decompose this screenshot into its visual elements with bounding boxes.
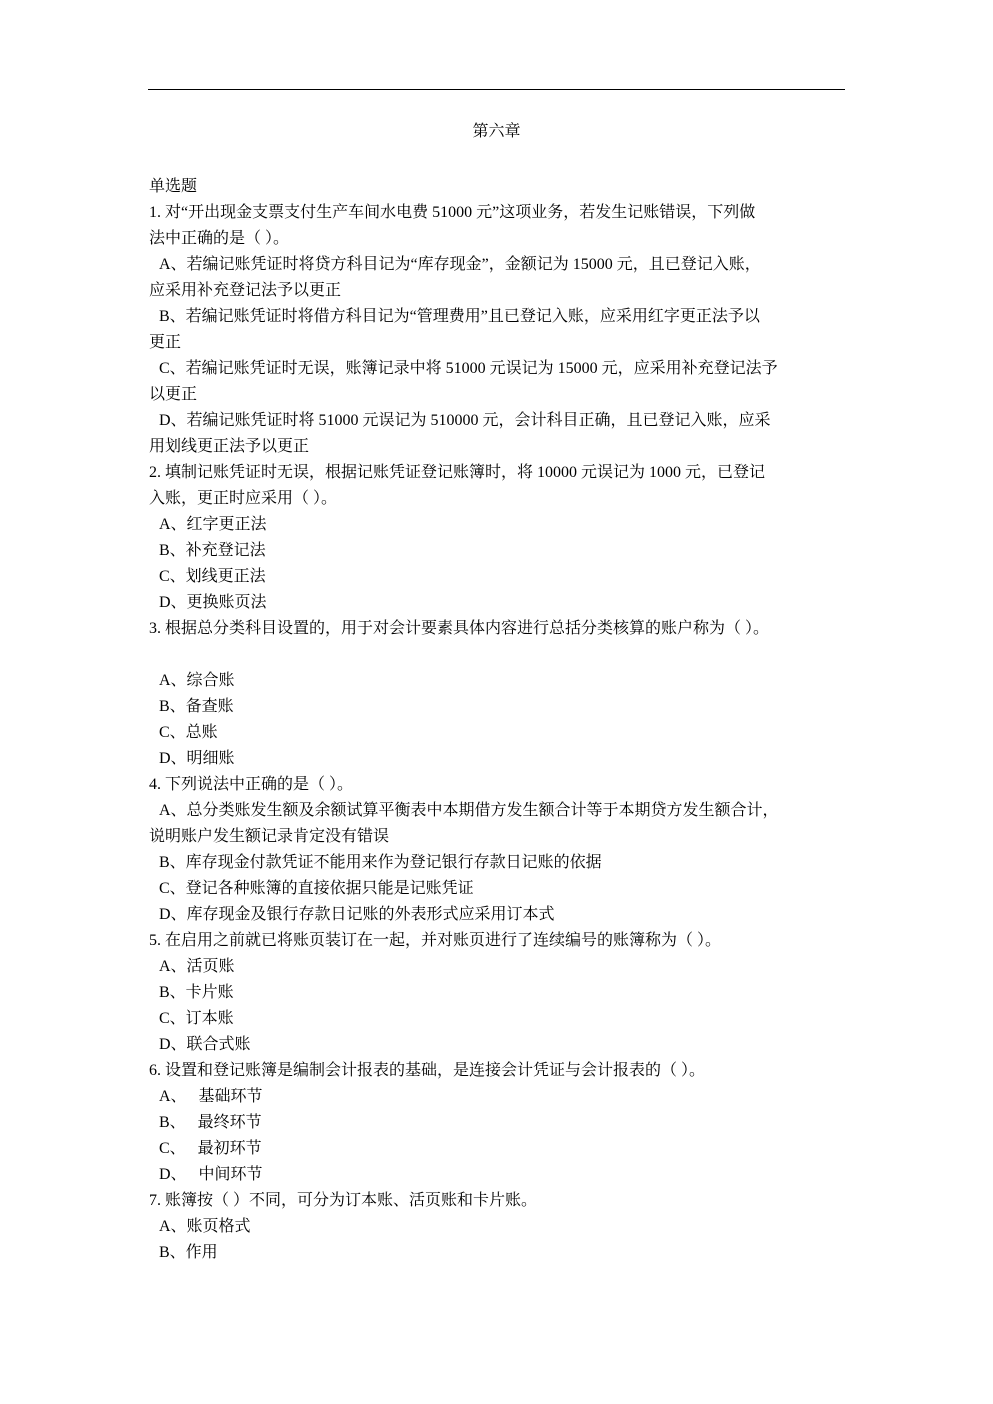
option-b: B、备查账	[149, 694, 849, 720]
option-a: A、综合账	[149, 668, 849, 694]
question-text: 2. 填制记账凭证时无误，根据记账凭证登记账簿时，将 10000 元误记为 10…	[149, 460, 849, 486]
option-c: C、 最初环节	[149, 1136, 849, 1162]
option-b: B、卡片账	[149, 980, 849, 1006]
option-b: B、 最终环节	[149, 1110, 849, 1136]
option-b-cont: 更正	[149, 330, 849, 356]
question-2: 2. 填制记账凭证时无误，根据记账凭证登记账簿时，将 10000 元误记为 10…	[149, 460, 849, 616]
question-6: 6. 设置和登记账簿是编制会计报表的基础，是连接会计凭证与会计报表的（ ）。 A…	[149, 1058, 849, 1188]
option-a: A、账页格式	[149, 1214, 849, 1240]
option-a: A、总分类账发生额及余额试算平衡表中本期借方发生额合计等于本期贷方发生额合计，	[149, 798, 849, 824]
question-text: 5. 在启用之前就已将账页装订在一起，并对账页进行了连续编号的账簿称为（ ）。	[149, 928, 849, 954]
header-rule	[148, 89, 845, 90]
option-c: C、总账	[149, 720, 849, 746]
question-7: 7. 账簿按（ ）不同，可分为订本账、活页账和卡片账。 A、账页格式 B、作用	[149, 1188, 849, 1266]
option-a: A、活页账	[149, 954, 849, 980]
option-d: D、明细账	[149, 746, 849, 772]
question-text: 4. 下列说法中正确的是（ ）。	[149, 772, 849, 798]
document-body: 单选题 1. 对“开出现金支票支付生产车间水电费 51000 元”这项业务，若发…	[149, 174, 849, 1266]
question-3: 3. 根据总分类科目设置的，用于对会计要素具体内容进行总括分类核算的账户称为（ …	[149, 616, 849, 772]
option-d: D、联合式账	[149, 1032, 849, 1058]
option-c: C、划线更正法	[149, 564, 849, 590]
option-c: C、若编记账凭证时无误，账簿记录中将 51000 元误记为 15000 元，应采…	[149, 356, 849, 382]
question-text: 入账，更正时应采用（ ）。	[149, 486, 849, 512]
blank-line	[149, 642, 849, 668]
option-d-cont: 用划线更正法予以更正	[149, 434, 849, 460]
option-d: D、库存现金及银行存款日记账的外表形式应采用订本式	[149, 902, 849, 928]
question-text: 3. 根据总分类科目设置的，用于对会计要素具体内容进行总括分类核算的账户称为（ …	[149, 616, 849, 642]
option-a-cont: 说明账户发生额记录肯定没有错误	[149, 824, 849, 850]
option-d: D、 中间环节	[149, 1162, 849, 1188]
option-b: B、库存现金付款凭证不能用来作为登记银行存款日记账的依据	[149, 850, 849, 876]
option-c: C、订本账	[149, 1006, 849, 1032]
question-text: 7. 账簿按（ ）不同，可分为订本账、活页账和卡片账。	[149, 1188, 849, 1214]
option-a-cont: 应采用补充登记法予以更正	[149, 278, 849, 304]
question-5: 5. 在启用之前就已将账页装订在一起，并对账页进行了连续编号的账簿称为（ ）。 …	[149, 928, 849, 1058]
question-text: 法中正确的是（ ）。	[149, 226, 849, 252]
question-text: 1. 对“开出现金支票支付生产车间水电费 51000 元”这项业务，若发生记账错…	[149, 200, 849, 226]
option-c-cont: 以更正	[149, 382, 849, 408]
option-b: B、作用	[149, 1240, 849, 1266]
question-1: 1. 对“开出现金支票支付生产车间水电费 51000 元”这项业务，若发生记账错…	[149, 200, 849, 460]
section-title: 单选题	[149, 174, 849, 200]
option-d: D、更换账页法	[149, 590, 849, 616]
option-d: D、若编记账凭证时将 51000 元误记为 510000 元，会计科目正确，且已…	[149, 408, 849, 434]
option-a: A、红字更正法	[149, 512, 849, 538]
chapter-title: 第六章	[0, 122, 993, 142]
option-b: B、若编记账凭证时将借方科目记为“管理费用”且已登记入账，应采用红字更正法予以	[149, 304, 849, 330]
option-a: A、若编记账凭证时将贷方科目记为“库存现金”，金额记为 15000 元，且已登记…	[149, 252, 849, 278]
question-4: 4. 下列说法中正确的是（ ）。 A、总分类账发生额及余额试算平衡表中本期借方发…	[149, 772, 849, 928]
option-a: A、 基础环节	[149, 1084, 849, 1110]
option-b: B、补充登记法	[149, 538, 849, 564]
option-c: C、登记各种账簿的直接依据只能是记账凭证	[149, 876, 849, 902]
question-text: 6. 设置和登记账簿是编制会计报表的基础，是连接会计凭证与会计报表的（ ）。	[149, 1058, 849, 1084]
